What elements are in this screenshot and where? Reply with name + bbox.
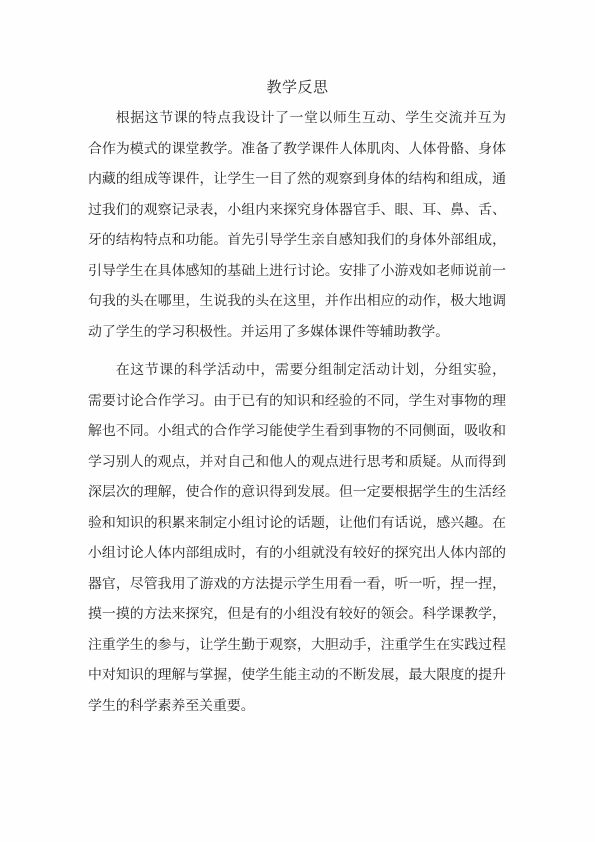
text-line: 器官，尽管我用了游戏的方法提示学生用看一看，听一听，捏一捏， <box>88 569 506 600</box>
text-line: 引导学生在具体感知的基础上进行讨论。安排了小游戏如老师说前一 <box>88 256 506 287</box>
paragraph-1: 根据这节课的特点我设计了一堂以师生互动、学生交流并互为 合作为模式的课堂教学。准… <box>88 103 506 347</box>
text-line: 过我们的观察记录表，小组内来探究身体器官手、眼、耳、鼻、舌、 <box>88 195 506 226</box>
paragraph-2: 在这节课的科学活动中，需要分组制定活动计划，分组实验， 需要讨论合作学习。由于已… <box>88 355 506 721</box>
text-line: 句我的头在哪里，生说我的头在这里，并作出相应的动作，极大地调 <box>88 286 506 317</box>
text-line: 注重学生的参与，让学生勤于观察，大胆动手，注重学生在实践过程 <box>88 630 506 661</box>
text-line: 根据这节课的特点我设计了一堂以师生互动、学生交流并互为 <box>88 103 506 134</box>
text-line: 小组讨论人体内部组成时，有的小组就没有较好的探究出人体内部的 <box>88 538 506 569</box>
text-line: 中对知识的理解与掌握，使学生能主动的不断发展，最大限度的提升 <box>88 660 506 691</box>
text-line: 摸一摸的方法来探究，但是有的小组没有较好的领会。科学课教学， <box>88 599 506 630</box>
text-line: 需要讨论合作学习。由于已有的知识和经验的不同，学生对事物的理 <box>88 386 506 417</box>
text-line: 深层次的理解，使合作的意识得到发展。但一定要根据学生的生活经 <box>88 477 506 508</box>
text-line: 动了学生的学习积极性。并运用了多媒体课件等辅助教学。 <box>88 317 506 348</box>
document-page: 教学反思 根据这节课的特点我设计了一堂以师生互动、学生交流并互为 合作为模式的课… <box>0 0 595 842</box>
document-body: 根据这节课的特点我设计了一堂以师生互动、学生交流并互为 合作为模式的课堂教学。准… <box>88 103 506 721</box>
text-line: 解也不同。小组式的合作学习能使学生看到事物的不同侧面，吸收和 <box>88 416 506 447</box>
text-line: 牙的结构特点和功能。首先引导学生亲自感知我们的身体外部组成， <box>88 225 506 256</box>
text-line: 验和知识的积累来制定小组讨论的话题，让他们有话说，感兴趣。在 <box>88 508 506 539</box>
text-line: 学习别人的观点，并对自己和他人的观点进行思考和质疑。从而得到 <box>88 447 506 478</box>
text-line: 合作为模式的课堂教学。准备了教学课件人体肌肉、人体骨骼、身体 <box>88 134 506 165</box>
text-line: 学生的科学素养至关重要。 <box>88 691 506 722</box>
text-line: 内藏的组成等课件，让学生一目了然的观察到身体的结构和组成，通 <box>88 164 506 195</box>
document-title: 教学反思 <box>0 0 595 98</box>
text-line: 在这节课的科学活动中，需要分组制定活动计划，分组实验， <box>88 355 506 386</box>
